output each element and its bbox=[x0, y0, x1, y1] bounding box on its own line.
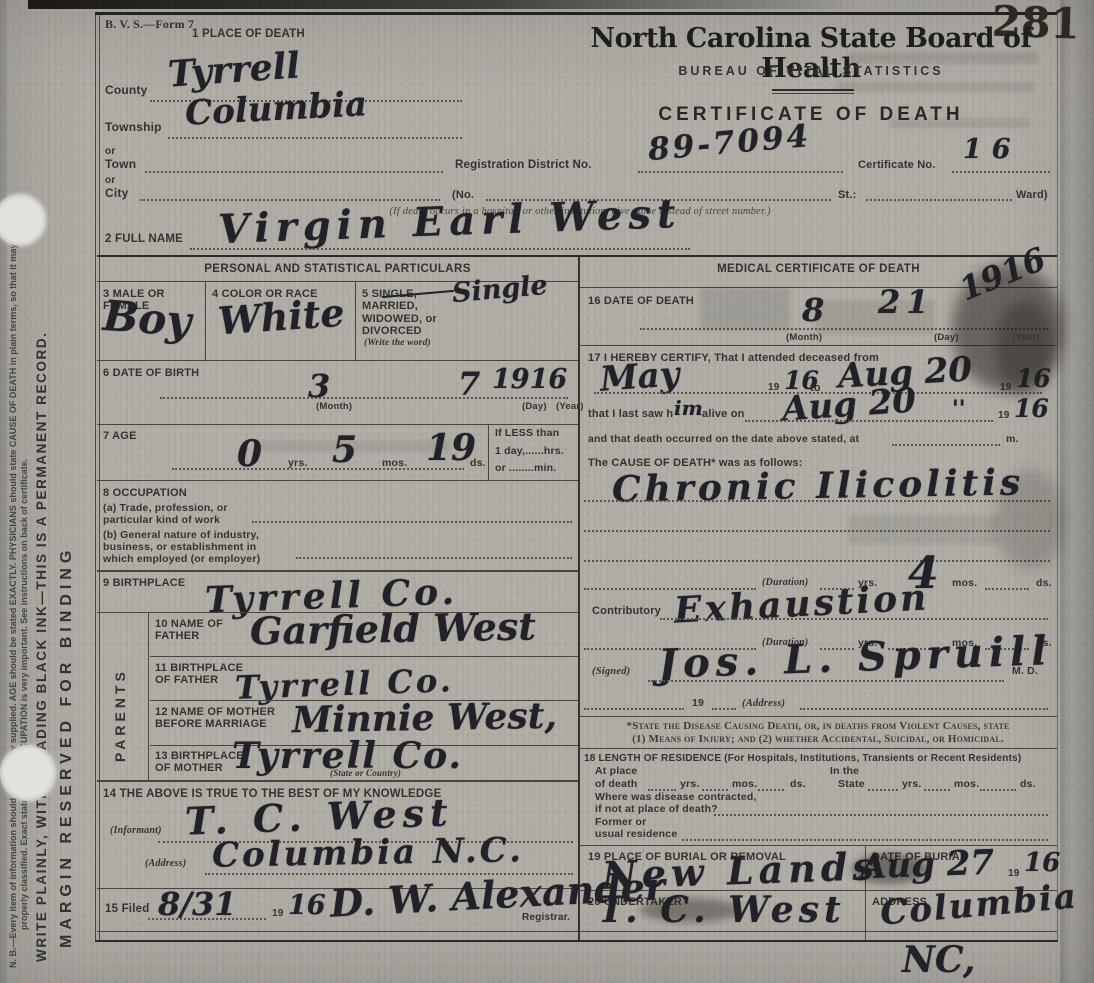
contributory-value: Exhaustion bbox=[673, 579, 930, 628]
certificate-no-value: 16 bbox=[963, 136, 1021, 163]
father-bp-row-rule bbox=[150, 656, 578, 657]
county-label: County bbox=[105, 84, 148, 97]
footnote-line-1: *State the Disease Causing Death, or, in… bbox=[582, 720, 1054, 732]
duration1-ds-label: ds. bbox=[1036, 578, 1052, 590]
footnote-bottom-rule bbox=[578, 748, 1057, 749]
full-name-line bbox=[190, 248, 690, 250]
or-town-prefix: or bbox=[105, 146, 115, 157]
township-label: Township bbox=[105, 121, 162, 134]
bleed-through-medical-1 bbox=[700, 288, 790, 330]
sex-value: Boy bbox=[102, 295, 193, 343]
contracted-line bbox=[714, 814, 1048, 816]
footnote-top-rule bbox=[578, 716, 1057, 717]
age-less-label-2: 1 day,......hrs. bbox=[495, 446, 564, 458]
former-line bbox=[682, 839, 1048, 841]
res-yrs-1: yrs. bbox=[680, 779, 699, 791]
age-less-label-3: or ........min. bbox=[495, 463, 556, 475]
filed-date-value: 8/31 bbox=[158, 888, 236, 920]
age-line bbox=[172, 468, 464, 470]
age-subcell-divider bbox=[488, 424, 489, 480]
signed-label: (Signed) bbox=[592, 666, 630, 678]
registration-district-line bbox=[638, 171, 843, 173]
margin-note-small-1: N. B.—Every item of information should b… bbox=[8, 231, 18, 968]
occupation-b-label: (b) General nature of industry, business… bbox=[103, 530, 288, 565]
cert-border-left-outer bbox=[95, 12, 96, 942]
contributory-label: Contributory bbox=[592, 605, 661, 617]
column-divider bbox=[578, 255, 580, 940]
death-occurred-line bbox=[892, 444, 1000, 446]
street-label: St.: bbox=[838, 189, 857, 201]
former-label-2: usual residence bbox=[595, 829, 677, 841]
res-dots-4 bbox=[868, 789, 898, 791]
marital-value: Single bbox=[451, 272, 549, 307]
signed-line bbox=[648, 680, 1004, 682]
informant-address-value: Columbia N.C. bbox=[212, 833, 524, 872]
parents-label: PARENTS bbox=[112, 668, 128, 762]
punch-hole-bottom bbox=[0, 745, 56, 801]
occupation-a-label: (a) Trade, profession, or particular kin… bbox=[103, 503, 258, 527]
age-row-rule bbox=[97, 424, 578, 425]
sig-address-line bbox=[800, 708, 1048, 710]
punch-hole-top bbox=[0, 194, 46, 246]
bleed-through-header-3 bbox=[890, 118, 1030, 128]
ink-smudge-cause-area bbox=[995, 470, 1065, 570]
father-name-value: Garfield West bbox=[250, 608, 536, 651]
undertaker-address-value: Columbia bbox=[879, 879, 1079, 930]
parents-cell-divider bbox=[148, 612, 149, 780]
margin-note-small-2: properly classified. Exact statement of … bbox=[19, 459, 29, 930]
cause-line-1 bbox=[584, 500, 1050, 502]
date-of-death-label: 16 DATE OF DEATH bbox=[588, 295, 694, 307]
last-saw-label-1: that I last saw h bbox=[588, 408, 673, 420]
duration1-mos-label: mos. bbox=[952, 578, 977, 590]
res-yrs-2: yrs. bbox=[902, 779, 921, 791]
last-saw-19: 19 bbox=[998, 410, 1010, 421]
sex-race-divider bbox=[205, 281, 206, 360]
margin-write-plainly: WRITE PLAINLY, WITH UNFADING BLACK INK—T… bbox=[34, 331, 49, 962]
last-saw-ditto: '' bbox=[952, 398, 965, 420]
bureau-rule-2 bbox=[772, 93, 854, 94]
bureau-subtitle: BUREAU OF VITAL STATISTICS bbox=[562, 64, 1060, 78]
informant-address-label: (Address) bbox=[145, 858, 186, 869]
burial-date-year: 16 bbox=[1024, 850, 1060, 876]
ink-smudge-undertaker bbox=[640, 898, 740, 922]
age-label: 7 AGE bbox=[103, 430, 137, 442]
certificate-no-line bbox=[952, 171, 1050, 173]
age-less-label-1: If LESS than bbox=[495, 428, 559, 440]
county-value: Tyrrell bbox=[167, 47, 301, 92]
mother-name-label: 12 NAME OF MOTHER BEFORE MARRIAGE bbox=[155, 706, 300, 731]
res-dots-5 bbox=[924, 789, 950, 791]
registration-district-label: Registration District No. bbox=[455, 159, 592, 172]
last-saw-him: im bbox=[674, 398, 703, 418]
marital-note: (Write the word) bbox=[364, 338, 431, 349]
attest-row-rule bbox=[97, 780, 578, 782]
registration-district-value: 89-7094 bbox=[647, 121, 812, 166]
dob-day-value: 7 bbox=[458, 368, 480, 400]
bottom-inner-rule bbox=[97, 931, 1057, 932]
res-ds-2: ds. bbox=[1020, 779, 1036, 791]
township-value: Columbia bbox=[184, 87, 368, 130]
filed-19-printed: 19 bbox=[272, 908, 284, 919]
race-value: White bbox=[217, 294, 346, 341]
age-years-value: 0 bbox=[237, 436, 262, 472]
last-saw-label-2: alive on bbox=[702, 408, 745, 420]
or-city-prefix: or bbox=[105, 175, 115, 186]
father-name-label: 10 NAME OF FATHER bbox=[155, 618, 240, 643]
at-place-label-2: of death bbox=[595, 779, 637, 791]
sig-address-label: (Address) bbox=[742, 698, 785, 710]
undertaker-address-value-2: NC, bbox=[902, 942, 975, 978]
age-ds-label: ds. bbox=[470, 458, 486, 470]
informant-label: (Informant) bbox=[110, 825, 162, 836]
section-top-rule bbox=[97, 255, 1057, 257]
death-certificate-scan: N. B.—Every item of information should b… bbox=[0, 0, 1094, 983]
street-line bbox=[866, 199, 1012, 201]
full-name-value: Virgin Earl West bbox=[217, 194, 682, 250]
duration1-dots-b bbox=[985, 588, 1029, 590]
city-label: City bbox=[105, 187, 128, 200]
mother-name-value: Minnie West, bbox=[292, 698, 557, 739]
bleed-through-medical-2 bbox=[815, 300, 935, 334]
in-the-label-1: In the bbox=[830, 766, 859, 778]
ink-smudge-date-of-death-2 bbox=[995, 300, 1055, 395]
dob-year-value: 1916 bbox=[492, 366, 567, 393]
contracted-label-1: Where was disease contracted, bbox=[595, 792, 757, 804]
dob-year-label: (Year) bbox=[556, 402, 584, 413]
last-saw-line bbox=[745, 420, 993, 422]
full-name-label: 2 FULL NAME bbox=[105, 233, 183, 246]
cert-border-right bbox=[1057, 12, 1058, 942]
death-occurred-m-label: m. bbox=[1006, 434, 1019, 446]
right-page-edge bbox=[1060, 0, 1094, 983]
dob-row-rule bbox=[97, 360, 578, 361]
occupation-row-rule bbox=[97, 480, 578, 481]
bleed-through-age-row bbox=[260, 440, 450, 452]
res-ds-1: ds. bbox=[790, 779, 806, 791]
filed-line bbox=[148, 918, 266, 920]
physician-signature: Jos. L. Spruill bbox=[657, 631, 1053, 685]
dod-month-label: (Month) bbox=[786, 333, 822, 344]
occupation-a-line bbox=[252, 521, 572, 523]
ink-smudge-burial-date bbox=[852, 854, 928, 884]
birthplace-row-rule bbox=[97, 570, 578, 572]
former-label-1: Former or bbox=[595, 817, 646, 829]
sig-date-leader bbox=[584, 708, 684, 710]
birthplace-label: 9 BIRTHPLACE bbox=[103, 577, 185, 589]
res-mos-2: mos. bbox=[954, 779, 979, 791]
bleed-through-header-1 bbox=[848, 52, 1038, 64]
residence-label: 18 LENGTH OF RESIDENCE (For Hospitals, I… bbox=[584, 753, 1021, 764]
dob-day-label: (Day) bbox=[522, 402, 547, 413]
footnote-line-2: (1) Means of Injury; and (2) whether Acc… bbox=[582, 733, 1054, 745]
bleed-through-cause-band bbox=[848, 515, 1000, 545]
res-dots-3 bbox=[758, 789, 784, 791]
state-country-label: (State or Country) bbox=[330, 768, 401, 778]
bleed-through-header-2 bbox=[835, 82, 1035, 92]
md-label: M. D. bbox=[1012, 666, 1038, 678]
death-occurred-label: and that death occurred on the date abov… bbox=[588, 434, 859, 446]
cause-line-3 bbox=[584, 560, 1050, 562]
cert-border-left-inner bbox=[99, 12, 100, 942]
margin-reserved-binding: MARGIN RESERVED FOR BINDING bbox=[58, 546, 76, 948]
filed-label: 15 Filed bbox=[105, 903, 149, 916]
sig-date-19: 19 bbox=[692, 698, 704, 710]
ward-label: Ward) bbox=[1016, 189, 1048, 201]
occupation-b-line bbox=[296, 557, 572, 559]
town-label: Town bbox=[105, 158, 136, 171]
res-mos-1: mos. bbox=[732, 779, 757, 791]
form-id: B. V. S.—Form 7 bbox=[105, 18, 194, 31]
in-the-label-2: State bbox=[838, 779, 865, 791]
occupation-label: 8 OCCUPATION bbox=[103, 487, 187, 499]
sig-date-dots bbox=[712, 708, 736, 710]
dob-label: 6 DATE OF BIRTH bbox=[103, 367, 199, 379]
race-marital-divider bbox=[355, 281, 356, 360]
top-scan-edge bbox=[28, 0, 860, 9]
res-dots-6 bbox=[980, 789, 1016, 791]
filed-year-value: 16 bbox=[288, 892, 326, 919]
dob-month-label: (Month) bbox=[316, 402, 352, 413]
contracted-label-2: if not at place of death? bbox=[595, 804, 718, 816]
certificate-no-label: Certificate No. bbox=[858, 159, 936, 171]
dob-line bbox=[160, 397, 568, 399]
attended-from-value: May bbox=[599, 357, 681, 396]
last-saw-year: 16 bbox=[1014, 396, 1049, 421]
contributory-line bbox=[660, 618, 1048, 620]
left-page-edge bbox=[0, 0, 6, 983]
place-of-death-label: 1 PLACE OF DEATH bbox=[192, 28, 305, 41]
at-place-label-1: At place bbox=[595, 766, 637, 778]
burial-date-19: 19 bbox=[1008, 868, 1020, 879]
town-line bbox=[145, 171, 443, 173]
township-line bbox=[168, 137, 462, 139]
cert-border-top bbox=[95, 12, 1058, 15]
